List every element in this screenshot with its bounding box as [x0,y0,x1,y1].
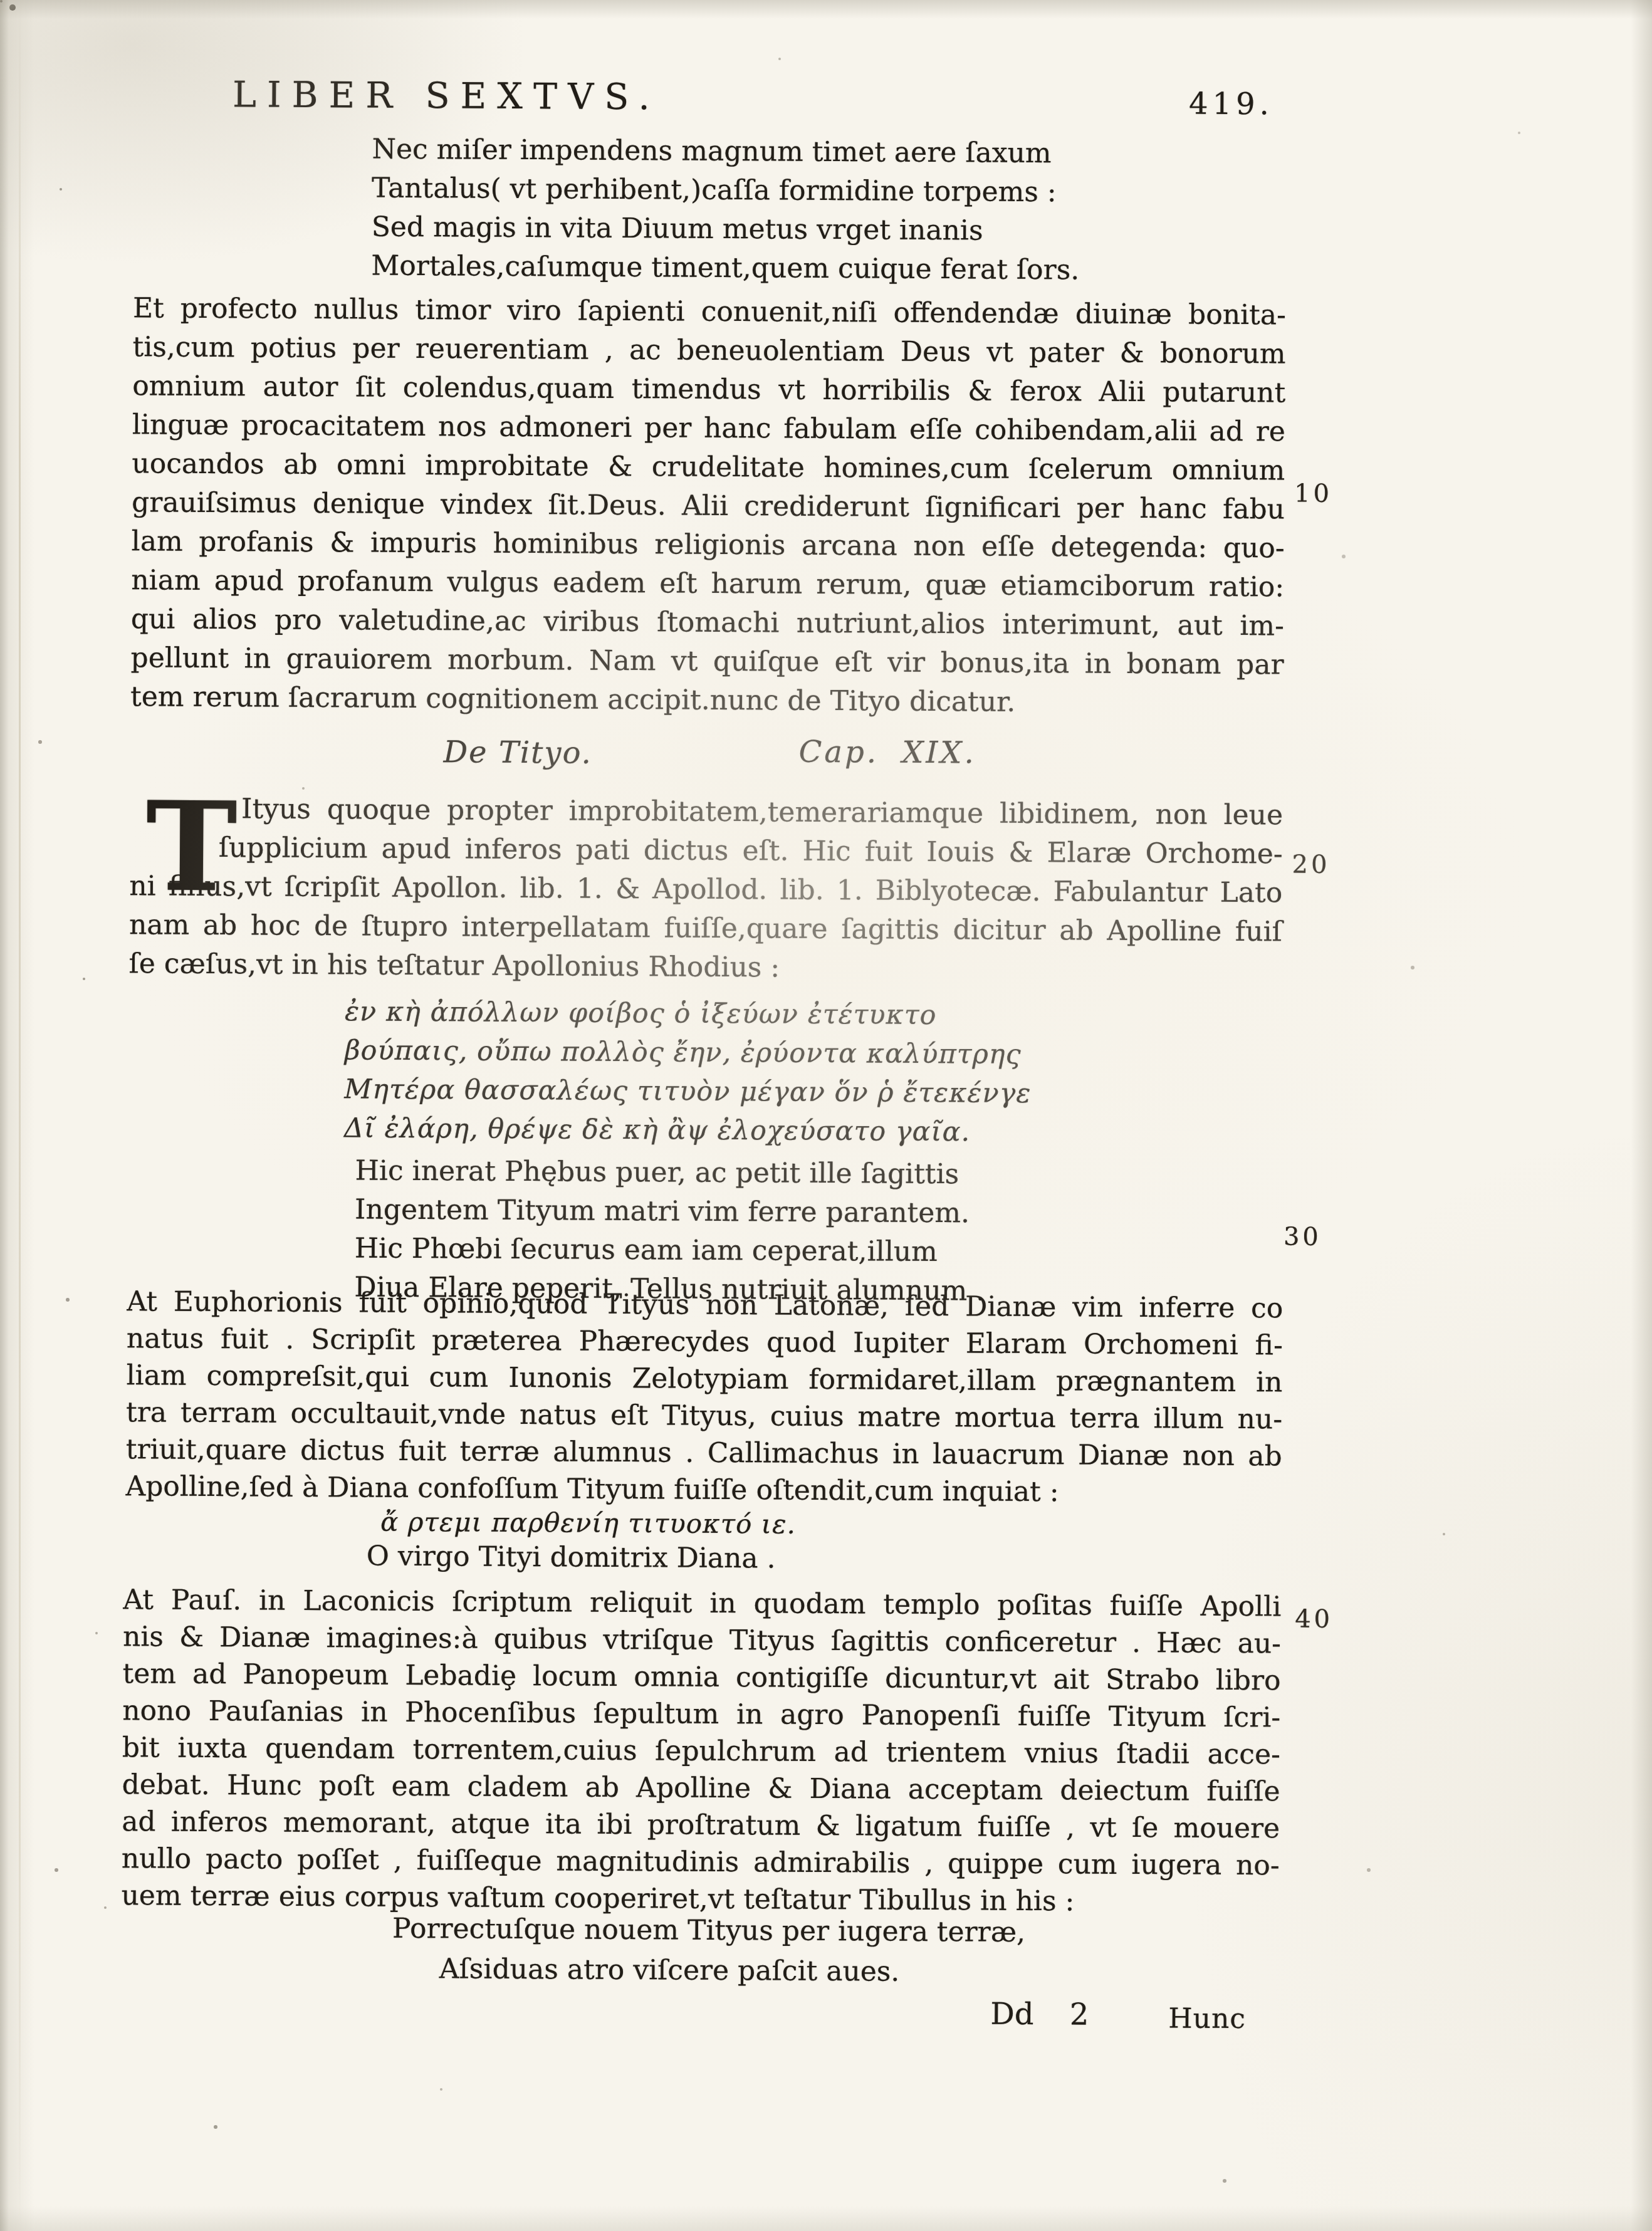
verse-line: Ingentem Tityum matri vim ferre parantem… [355,1190,985,1233]
text-line: ſupplicium apud inferos pati dictus eſt.… [130,828,1283,874]
greek-verse-line: βούπαις, οὔπω πολλὸς ἔην, ἐρύοντα καλύπτ… [345,1031,1032,1074]
text-line: linguæ procacitatem nos admoneri per han… [132,405,1285,451]
text-line: uocandos ab omni improbitate & crudelita… [132,444,1285,490]
margin-line-number-20: 20 [1292,850,1330,879]
text-line: Apolline,ſed à Diana confoſſum Tityum fu… [125,1468,1282,1512]
verse-line: Sed magis in vita Diuum metus vrget inan… [372,208,1080,251]
paragraph-2-lines: Ityus quoque propter improbitatem,temera… [128,789,1283,990]
text-line: lam profanis & impuris hominibus religio… [132,522,1285,568]
margin-line-number-30: 30 [1283,1222,1322,1251]
greek-line-callimachus: ἄ ρτεμι παρθενίη τιτυοκτό ιε. [380,1507,796,1540]
verse-line: Hic inerat Phębus puer, ac petit ille ſa… [355,1151,985,1194]
text-line: tis,cum potius per reuerentiam , ac bene… [132,328,1285,374]
tibullus-verse-line-2: Aſsiduas atro viſcere paſcit aues. [439,1953,900,1987]
text-line: Et profecto nullus timor viro ſapienti c… [133,289,1286,335]
text-line: Ityus quoque propter improbitatem,temera… [130,789,1283,835]
text-line: qui alios pro valetudine,ac viribus ſtom… [131,600,1284,645]
chapter-number: Cap. XIX. [798,734,976,771]
paragraph-2: T Ityus quoque propter improbitatem,teme… [128,789,1283,990]
text-line: omnium autor ſit colendus,quam timendus … [132,367,1285,412]
greek-verse-line: Δῖ ἐλάρη, θρέψε δὲ κὴ ἂψ ἐλοχεύσατο γαῖα… [344,1109,1031,1152]
verse-line: Tantalus( vt perhibent,)caſſa formidine … [372,169,1080,212]
margin-line-number-10: 10 [1294,479,1332,508]
ink-bleed-ghost [1300,517,1351,562]
paragraph-3: At Euphorionis fuit opinio,quod Tityus n… [125,1283,1283,1512]
catchword: Hunc [1168,2002,1246,2035]
verse-line: Mortales,caſumque timent,quem cuique fer… [371,247,1079,290]
paper-crease [19,0,21,2231]
text-line: niam apud profanum vulgus eadem eſt haru… [131,561,1284,607]
paragraph-1: Et profecto nullus timor viro ſapienti c… [130,289,1286,723]
verse-line: Nec miſer impendens magnum timet aere ſa… [372,130,1080,174]
opening-verse: Nec miſer impendens magnum timet aere ſa… [371,130,1080,290]
paragraph-4: At Pauſ. in Laconicis ſcriptum reliquit … [121,1581,1281,1921]
tibullus-verse-line-1: Porrectuſque nouem Tityus per iugera ter… [392,1913,1025,1948]
greek-verse-line: Μητέρα θασσαλέως τιτυὸν μέγαν ὅν ῥ ἔτεκέ… [344,1070,1031,1113]
verse-line: Hic Phœbi ſecurus eam iam ceperat,illum [355,1229,985,1272]
gathering-signature: Dd 2 [990,1997,1089,2032]
margin-line-number-40: 40 [1295,1605,1333,1634]
greek-verse-line: ἐν κὴ ἀπόλλων φοίβος ὁ ἰξεύων ἐτέτυκτο [345,992,1032,1035]
text-line: nam ab hoc de ſtupro interpellatam fuiſſ… [129,906,1282,951]
book-page-scan: LIBER SEXTVS. 419. Nec miſer impendens m… [0,0,1652,2231]
page-content: LIBER SEXTVS. 419. Nec miſer impendens m… [0,0,1652,2231]
dropcap-initial-T: T [145,785,238,909]
text-line: grauiſsimus denique vindex ſit.Deus. Ali… [132,483,1285,529]
ink-specks [0,0,3,3]
text-line: tem rerum ſacrarum cognitionem accipit.n… [130,677,1283,723]
page-number: 419. [1189,86,1273,122]
page-title: LIBER SEXTVS. [233,74,661,118]
greek-verse-apollonius: ἐν κὴ ἀπόλλων φοίβος ὁ ἰξεύων ἐτέτυκτοβο… [344,992,1032,1152]
text-line: ni filius,vt ſcripſit Apollon. lib. 1. &… [129,867,1282,912]
text-line: pellunt in grauiorem morbum. Nam vt quiſ… [130,639,1283,684]
chapter-title: De Tityo. [443,734,592,770]
text-line: ſe cæſus,vt in his teſtatur Apollonius R… [128,944,1282,990]
latin-line-callimachus: O virgo Tityi domitrix Diana . [367,1540,776,1575]
